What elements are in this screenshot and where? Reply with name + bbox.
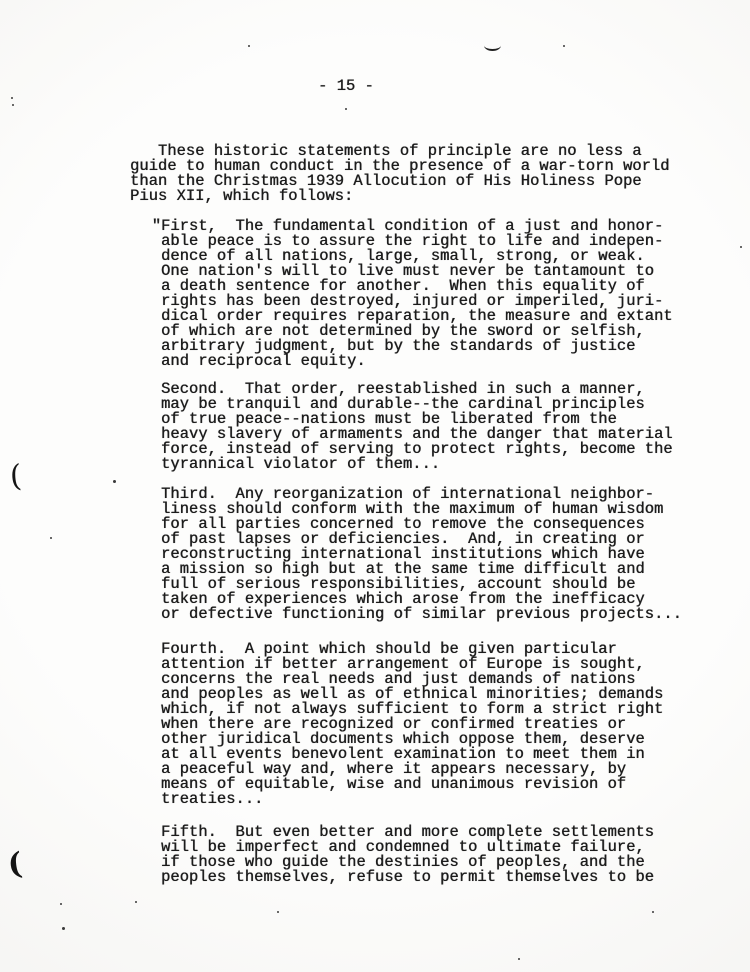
ink-speck [135,901,137,903]
statement-first: "First, The fundamental condition of a j… [161,219,673,369]
ink-speck [11,97,13,99]
ink-speck [345,108,347,110]
pen-curve-mark [484,40,501,51]
ink-speck [652,911,654,913]
ink-speck [740,246,742,248]
statement-fifth: Fifth. But even better and more complete… [161,825,654,885]
ink-speck [12,104,14,106]
ink-speck [113,480,116,483]
intro-paragraph: These historic statements of principle a… [130,144,670,204]
ink-speck [518,958,520,960]
ink-speck [50,537,52,539]
statement-third: Third. Any reorganization of internation… [161,487,682,622]
ink-speck [563,45,565,47]
page-number: - 15 - [318,79,374,94]
ink-speck [248,45,250,47]
ink-speck [60,903,62,905]
margin-paren-mark: ( [6,849,24,881]
ink-speck [62,927,65,930]
margin-paren-mark: ( [9,462,23,493]
statement-fourth: Fourth. A point which should be given pa… [161,642,663,807]
statement-second: Second. That order, reestablished in suc… [161,382,673,472]
ink-speck [277,911,279,913]
scanned-document-page: - 15 - These historic statements of prin… [0,0,750,972]
